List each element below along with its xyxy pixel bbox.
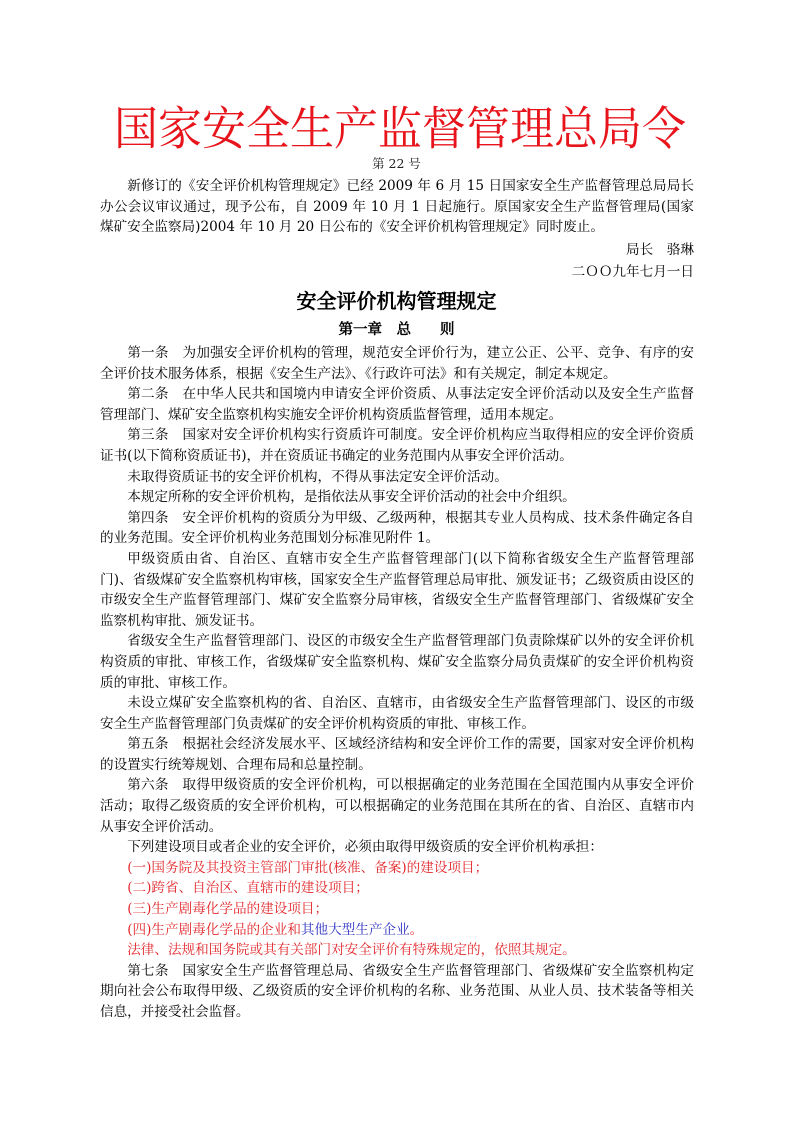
- list-item-blue-part: 其他大型生产企业: [301, 922, 410, 938]
- article-paragraph: 第五条 根据社会经济发展水平、区域经济结构和安全评价工作的需要，国家对安全评价机…: [100, 734, 694, 775]
- signatory: 局长 骆琳: [100, 240, 694, 261]
- issuer-title: 国家安全生产监督管理总局令: [100, 99, 700, 162]
- list-item: (一)国务院及其投资主管部门审批(核准、备案)的建设项目；: [100, 858, 694, 879]
- list-item: (二)跨省、自治区、直辖市的建设项目；: [100, 878, 694, 899]
- special-note: 法律、法规和国务院或其有关部门对安全评价有特殊规定的，依照其规定。: [100, 940, 694, 961]
- document-body: 第一条 为加强安全评价机构的管理，规范安全评价行为，建立公正、公平、竞争、有序的…: [100, 343, 694, 1023]
- article-paragraph: 第四条 安全评价机构的资质分为甲级、乙级两种，根据其专业人员构成、技术条件确定各…: [100, 508, 694, 549]
- document-title: 安全评价机构管理规定: [0, 287, 793, 315]
- chapter-heading: 第一章 总 则: [0, 320, 793, 340]
- article-paragraph: 第二条 在中华人民共和国境内申请安全评价资质、从事法定安全评价活动以及安全生产监…: [100, 384, 694, 425]
- article-paragraph: 第七条 国家安全生产监督管理总局、省级安全生产监督管理部门、省级煤矿安全监察机构…: [100, 961, 694, 1023]
- article-paragraph: 未设立煤矿安全监察机构的省、自治区、直辖市，由省级安全生产监督管理部门、设区的市…: [100, 693, 694, 734]
- list-item-end: 。: [410, 922, 424, 938]
- document-page: 国家安全生产监督管理总局令 第 22 号 新修订的《安全评价机构管理规定》已经 …: [0, 0, 793, 1122]
- promulgation-block: 新修订的《安全评价机构管理规定》已经 2009 年 6 月 15 日国家安全生产…: [100, 176, 694, 283]
- list-item: (四)生产剧毒化学品的企业和其他大型生产企业。: [100, 920, 694, 941]
- order-number: 第 22 号: [0, 156, 793, 172]
- promulgation-text: 新修订的《安全评价机构管理规定》已经 2009 年 6 月 15 日国家安全生产…: [100, 176, 694, 238]
- list-item-red-part: (四)生产剧毒化学品的企业和: [127, 922, 301, 938]
- article-paragraph: 甲级资质由省、自治区、直辖市安全生产监督管理部门(以下简称省级安全生产监督管理部…: [100, 549, 694, 631]
- article-paragraph: 第一条 为加强安全评价机构的管理，规范安全评价行为，建立公正、公平、竞争、有序的…: [100, 343, 694, 384]
- article-paragraph: 第六条 取得甲级资质的安全评价机构，可以根据确定的业务范围在全国范围内从事安全评…: [100, 775, 694, 837]
- list-item: (三)生产剧毒化学品的建设项目；: [100, 899, 694, 920]
- promulgation-date: 二ＯＯ九年七月一日: [100, 262, 694, 283]
- article-paragraph: 第三条 国家对安全评价机构实行资质许可制度。安全评价机构应当取得相应的安全评价资…: [100, 425, 694, 466]
- article-paragraph: 下列建设项目或者企业的安全评价，必须由取得甲级资质的安全评价机构承担：: [100, 837, 694, 858]
- article-paragraph: 省级安全生产监督管理部门、设区的市级安全生产监督管理部门负责除煤矿以外的安全评价…: [100, 631, 694, 693]
- article-paragraph: 本规定所称的安全评价机构，是指依法从事安全评价活动的社会中介组织。: [100, 487, 694, 508]
- article-paragraph: 未取得资质证书的安全评价机构，不得从事法定安全评价活动。: [100, 467, 694, 488]
